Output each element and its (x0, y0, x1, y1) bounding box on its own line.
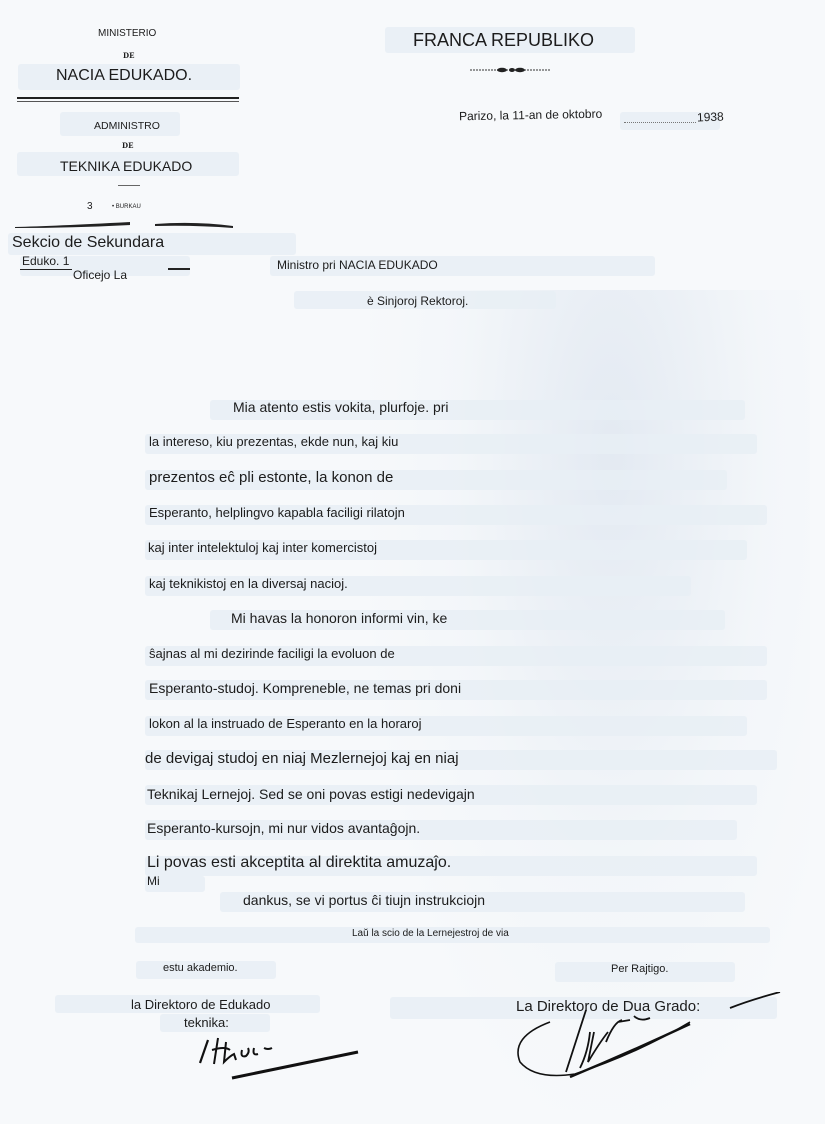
ornament-divider-icon (470, 66, 550, 74)
per-authorization: Per Rajtigo. (611, 963, 668, 975)
body-line: Li povas esti akceptita al direktita amu… (147, 854, 451, 872)
body-line: prezentos eĉ pli estonte, la konon de (149, 469, 393, 486)
left-signatory-title: la Direktoro de Edukado (131, 997, 270, 1012)
body-line: Laŭ la scio de la Lernejestroj de via (352, 928, 509, 939)
ornamental-rule (15, 219, 240, 231)
bureau-label-text: BURKAU (116, 204, 141, 210)
ministry-name: NACIA EDUKADO. (56, 67, 192, 85)
body-line: kaj teknikistoj en la diversaj nacioj. (149, 576, 348, 591)
bureau-number: 3 (87, 201, 93, 212)
year: 1938 (697, 110, 724, 125)
admin-name: TEKNIKA EDUKADO (60, 158, 192, 174)
signature-left-icon (190, 1028, 370, 1084)
underline-rule (168, 268, 190, 270)
body-line: Teknikaj Lernejoj. Sed se oni povas esti… (147, 786, 475, 802)
eduko-label: Eduko. 1 (22, 254, 69, 268)
body-line: Esperanto-kursojn, mi nur vidos avantaĝo… (147, 820, 420, 836)
republic-title: FRANCA REPUBLIKO (413, 30, 594, 51)
body-line: Mia atento estis vokita, plurfoje. pri (233, 399, 449, 415)
de-label: DE (122, 141, 133, 150)
body-line: dankus, se vi portus ĉi tiujn instrukcio… (243, 892, 485, 908)
de-label: DE (123, 51, 134, 60)
body-line: estu akademio. (163, 962, 238, 974)
double-rule (17, 101, 239, 102)
bureau-label: • BURKAU (112, 204, 141, 210)
double-rule (17, 97, 239, 99)
body-line: lokon al la instruado de Esperanto en la… (149, 716, 421, 731)
underline-rule (20, 269, 72, 270)
body-line: Mi (147, 874, 160, 888)
body-line: ŝajnas al mi dezirinde faciligi la evolu… (149, 646, 395, 661)
signature-right-icon (490, 992, 790, 1092)
date-dots (624, 122, 696, 123)
body-line: de devigaj studoj en niaj Mezlernejoj ka… (145, 750, 459, 767)
admin-label: ADMINISTRO (94, 120, 160, 132)
short-rule (118, 185, 140, 186)
section-name: Sekcio de Sekundara (12, 234, 164, 252)
body-line: Mi havas la honoron informi vin, ke (231, 610, 447, 626)
from-line: Ministro pri NACIA EDUKADO (277, 258, 438, 272)
body-line: la intereso, kiu prezentas, ekde nun, ka… (149, 434, 398, 449)
to-line: è Sinjoroj Rektoroj. (367, 294, 468, 308)
body-line: kaj inter intelektuloj kaj inter komerci… (148, 540, 377, 555)
ministry-label: MINISTERIO (98, 28, 156, 39)
office-label: Oficejo La (73, 268, 127, 282)
body-line: Esperanto, helplingvo kapabla faciligi r… (149, 505, 405, 520)
body-line: Esperanto-studoj. Kompreneble, ne temas … (149, 680, 461, 696)
place-date: Parizo, la 11-an de oktobro (459, 107, 602, 123)
